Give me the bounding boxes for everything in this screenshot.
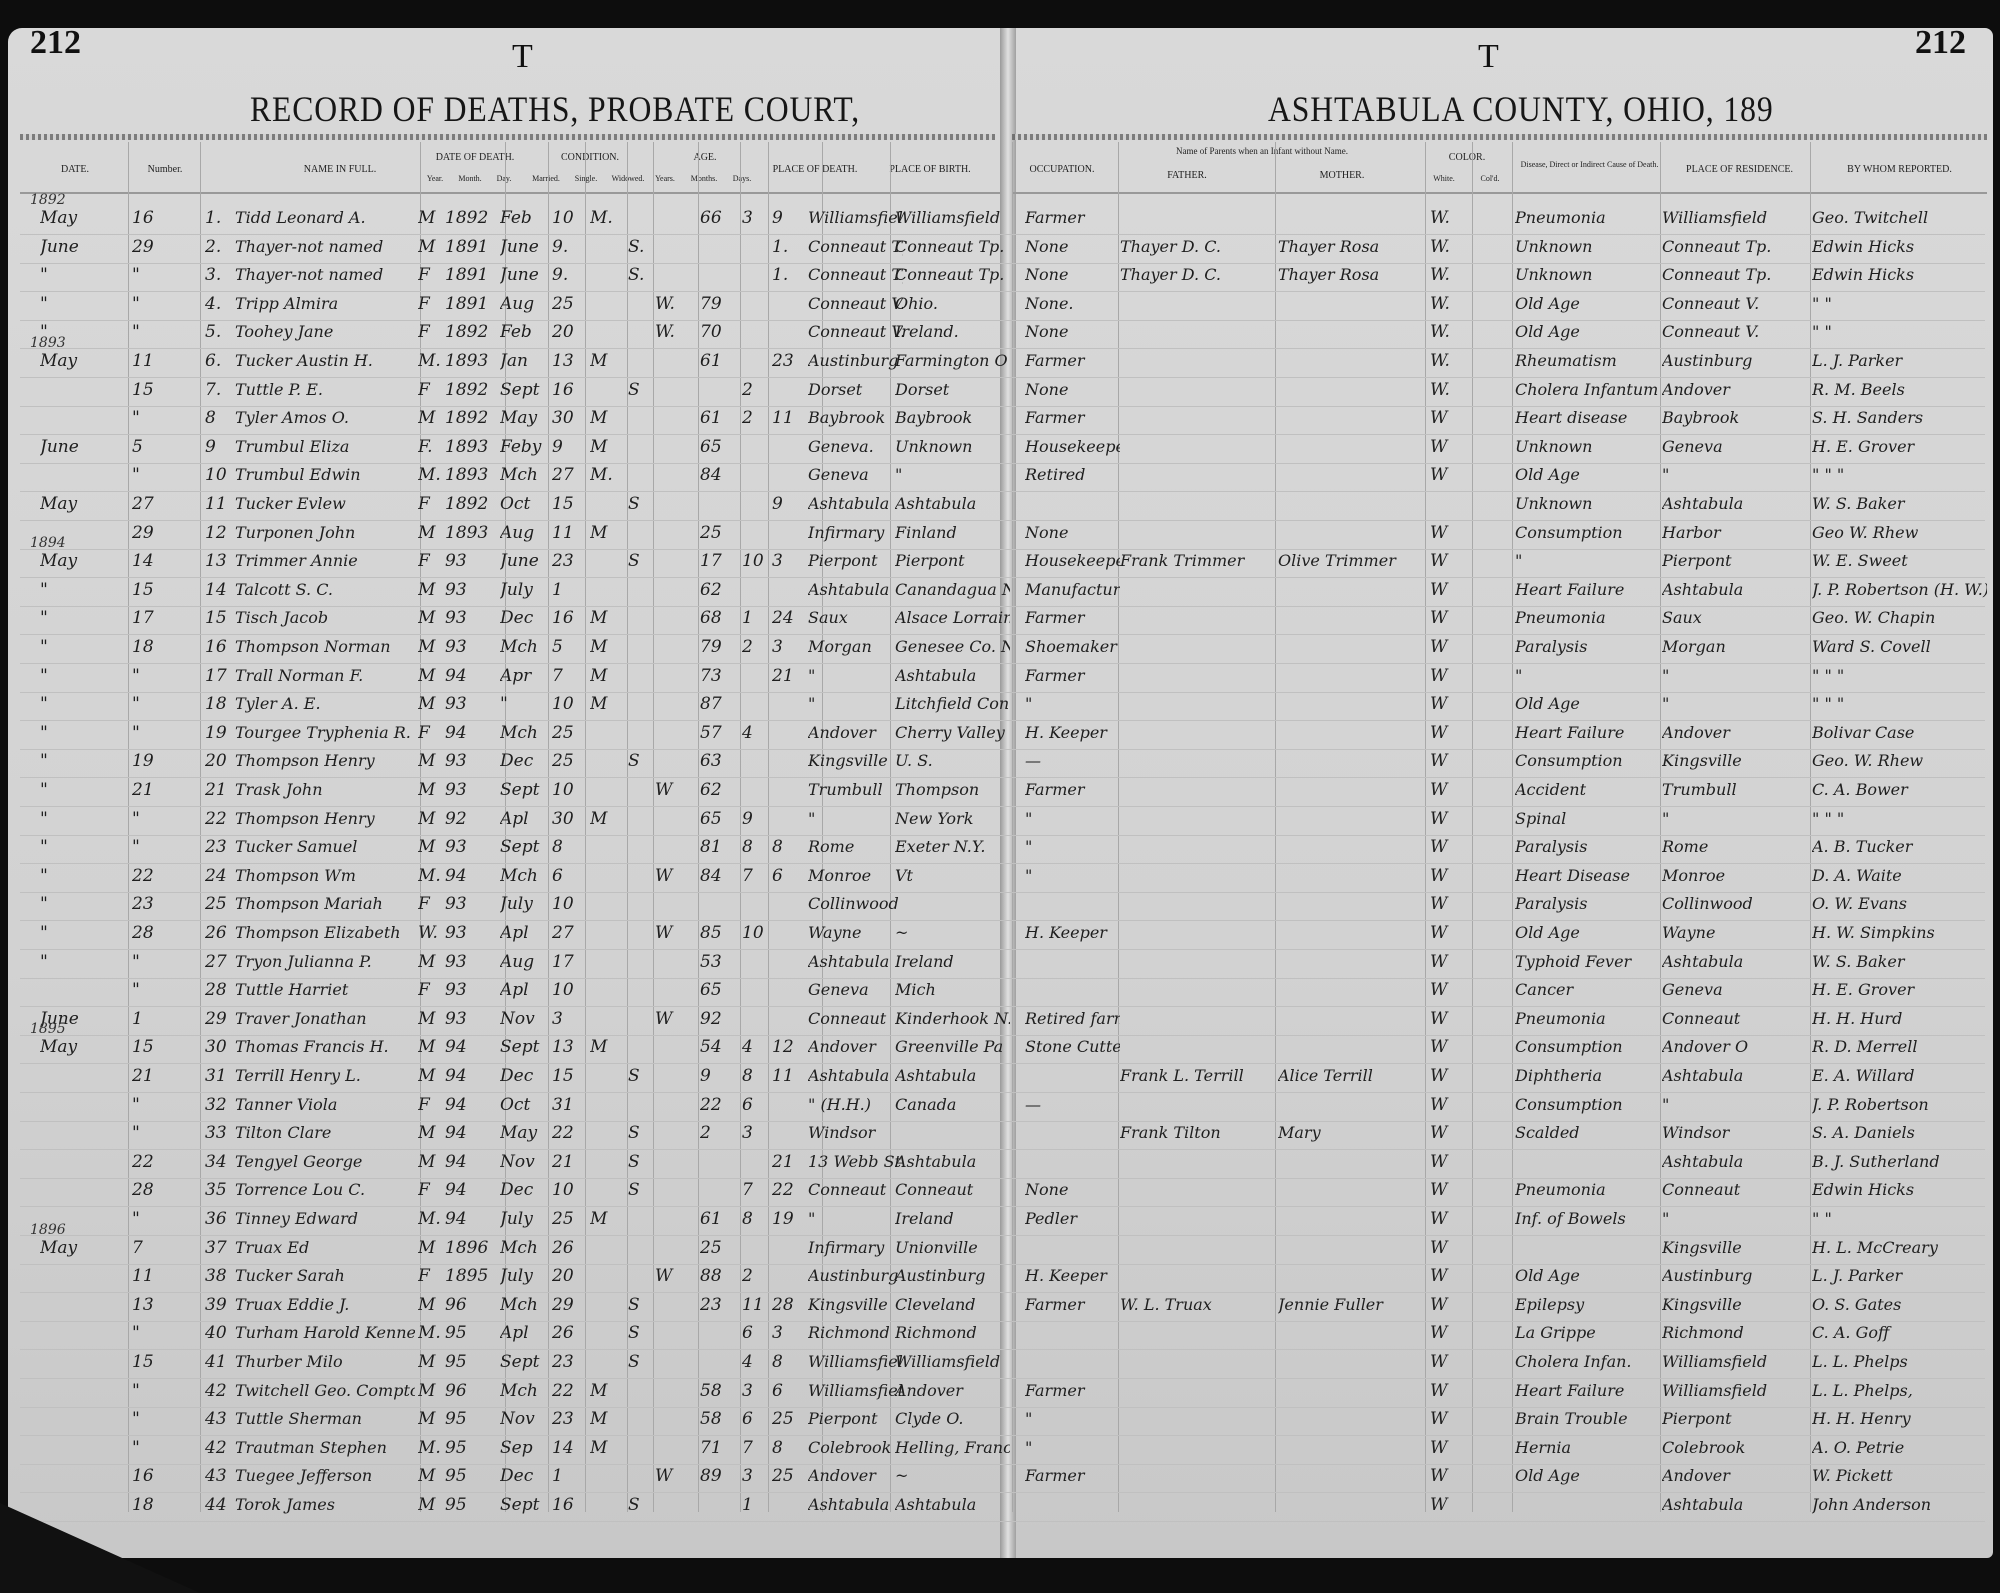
cell-death-place: Andover xyxy=(808,1466,903,1485)
cell-dday: 20 xyxy=(552,322,587,342)
cell-day: " xyxy=(132,465,182,485)
row-rule xyxy=(20,892,1985,893)
cell-age-m: 2 xyxy=(742,380,768,400)
row-rule xyxy=(20,463,1985,464)
cell-month: " xyxy=(40,866,110,886)
cell-day: " xyxy=(132,809,182,829)
row-rule xyxy=(20,1092,1985,1093)
row-rule xyxy=(20,1149,1985,1150)
cell-month: " xyxy=(40,894,110,914)
cell-birth-place: Dorset xyxy=(895,380,1010,399)
cell-month: May xyxy=(40,351,110,371)
cell-death-place: Ashtabula xyxy=(808,1495,903,1514)
cell-cause: Scalded xyxy=(1515,1123,1660,1142)
cell-year: 1891 xyxy=(445,265,505,285)
cell-occupation: Housekeeper xyxy=(1025,551,1120,570)
cell-sex: F xyxy=(418,1095,446,1115)
cell-reporter: L. J. Parker xyxy=(1812,351,1987,370)
cell-sex: M xyxy=(418,608,446,628)
cell-year: 93 xyxy=(445,637,505,657)
cell-day: " xyxy=(132,1123,182,1143)
cell-dmonth: July xyxy=(500,1266,550,1286)
cell-reporter: J. P. Robertson (H. W.) xyxy=(1812,580,1987,599)
cell-sex: M xyxy=(418,237,446,257)
table-row: ""19Tourgee Tryphenia R.F94Mch25574Andov… xyxy=(0,723,2000,751)
row-rule xyxy=(20,692,1985,693)
cell-name: Tucker Sarah xyxy=(235,1266,415,1285)
row-rule xyxy=(20,835,1985,836)
cell-white: W. xyxy=(1430,237,1470,257)
cell-cause: Paralysis xyxy=(1515,837,1660,856)
cell-white: W xyxy=(1430,1323,1470,1343)
row-rule xyxy=(20,749,1985,750)
cell-age-m: 6 xyxy=(742,1323,768,1343)
cell-age-y: 61 xyxy=(700,408,736,428)
cell-residence: Pierpont xyxy=(1662,1409,1807,1428)
cell-age-m: 4 xyxy=(742,1037,768,1057)
right-column-header: OCCUPATION. Name of Parents when an Infa… xyxy=(1012,142,1987,194)
cell-name: Talcott S. C. xyxy=(235,580,415,599)
right-page-title: ASHTABULA COUNTY, OHIO, 189 xyxy=(1268,88,1774,130)
cell-dmonth: Sept xyxy=(500,1037,550,1057)
cell-birth-place: Ashtabula xyxy=(895,1152,1010,1171)
cell-name: Thompson Mariah xyxy=(235,894,415,913)
cell-name: Thompson Wm xyxy=(235,866,415,885)
cell-name: Tyler A. E. xyxy=(235,694,415,713)
cell-cause: Unknown xyxy=(1515,494,1660,513)
cell-age-y: 89 xyxy=(700,1466,736,1486)
cell-birth-place: Ashtabula xyxy=(895,666,1010,685)
cell-death-place: Pierpont xyxy=(808,1409,903,1428)
cell-white: W xyxy=(1430,551,1470,571)
cell-year: 1892 xyxy=(445,408,505,428)
left-chain-rule xyxy=(20,134,995,140)
cell-death-place: Austinburg xyxy=(808,351,903,370)
cell-cause: Old Age xyxy=(1515,322,1660,341)
col-single: Single. xyxy=(568,174,604,183)
cell-name: Torok James xyxy=(235,1495,415,1514)
cell-dmonth: Feb xyxy=(500,208,550,228)
row-rule xyxy=(20,320,1985,321)
cell-occupation: Manufacturer xyxy=(1025,580,1120,599)
cell-year: 93 xyxy=(445,608,505,628)
cell-dday: 23 xyxy=(552,1409,587,1429)
cell-age-y: 23 xyxy=(700,1295,736,1315)
cell-year: 93 xyxy=(445,751,505,771)
cell-dday: 3 xyxy=(552,1009,587,1029)
cell-age-m: 4 xyxy=(742,723,768,743)
cell-age-m: 1 xyxy=(742,1495,768,1515)
cell-single: S. xyxy=(628,237,653,257)
cell-white: W xyxy=(1430,866,1470,886)
row-rule xyxy=(20,1407,1985,1408)
cell-sex: M xyxy=(418,580,446,600)
table-row: "43Tuttle ShermanM95Nov23M58625PierpontC… xyxy=(0,1409,2000,1437)
cell-sex: M xyxy=(418,780,446,800)
cell-sex: F xyxy=(418,551,446,571)
cell-age-y: 65 xyxy=(700,980,736,1000)
cell-reporter: A. O. Petrie xyxy=(1812,1438,1987,1457)
row-rule xyxy=(20,920,1985,921)
right-index-letter: T xyxy=(1478,38,1499,76)
cell-cause: Heart Failure xyxy=(1515,1381,1660,1400)
table-row: ""27Tryon Julianna P.M93Aug1753Ashtabula… xyxy=(0,952,2000,980)
col-date-of-death: DATE OF DEATH. xyxy=(420,152,530,163)
cell-death-place: Dorset xyxy=(808,380,903,399)
cell-occupation: None xyxy=(1025,322,1120,341)
cell-death-place: Ashtabula xyxy=(808,580,903,599)
cell-death-place: " xyxy=(808,666,903,685)
cell-reporter: Ward S. Covell xyxy=(1812,637,1987,656)
row-rule xyxy=(20,1321,1985,1322)
cell-cause: Old Age xyxy=(1515,694,1660,713)
table-row: 2835Torrence Lou C.F94Dec10S722ConneautC… xyxy=(0,1180,2000,1208)
cell-dday: 6 xyxy=(552,866,587,886)
cell-residence: Andover xyxy=(1662,723,1807,742)
cell-residence: " xyxy=(1662,465,1807,484)
cell-occupation: Farmer xyxy=(1025,1295,1120,1314)
cell-year: 1893 xyxy=(445,437,505,457)
cell-dmonth: Nov xyxy=(500,1409,550,1429)
cell-year: 93 xyxy=(445,980,505,1000)
cell-birth-place: Cleveland xyxy=(895,1295,1010,1314)
cell-white: W xyxy=(1430,1495,1470,1515)
cell-sex: F xyxy=(418,380,446,400)
cell-name: Truax Ed xyxy=(235,1238,415,1257)
cell-birth-place: Ireland xyxy=(895,952,1010,971)
col-name: NAME IN FULL. xyxy=(250,164,430,175)
cell-death-place: Williamsfield xyxy=(808,1352,903,1371)
cell-dday: 30 xyxy=(552,809,587,829)
cell-reporter: " " " xyxy=(1812,809,1987,828)
cell-sex: M xyxy=(418,1409,446,1429)
row-rule xyxy=(20,263,1985,264)
cell-age-m: 7 xyxy=(742,866,768,886)
cell-dday: 21 xyxy=(552,1152,587,1172)
cell-mother: Olive Trimmer xyxy=(1278,551,1428,570)
cell-month: " xyxy=(40,723,110,743)
col-color: COLOR. xyxy=(1422,152,1512,163)
cell-dmonth: Sept xyxy=(500,1352,550,1372)
cell-name: Torrence Lou C. xyxy=(235,1180,415,1199)
cell-white: W xyxy=(1430,523,1470,543)
cell-residence: Kingsville xyxy=(1662,1238,1807,1257)
cell-sex: F xyxy=(418,494,446,514)
left-page-number: 212 xyxy=(30,24,81,62)
left-page-title: RECORD OF DEATHS, PROBATE COURT, xyxy=(250,88,860,130)
cell-birth-place: Unionville xyxy=(895,1238,1010,1257)
cell-dmonth: Mch xyxy=(500,637,550,657)
cell-white: W xyxy=(1430,1238,1470,1258)
left-index-letter: T xyxy=(512,38,533,76)
cell-residence: Kingsville xyxy=(1662,751,1807,770)
cell-residence: Williamsfield xyxy=(1662,208,1807,227)
cell-age-m: 10 xyxy=(742,923,768,943)
cell-death-place: Williamsfield xyxy=(808,208,903,227)
cell-occupation: Farmer xyxy=(1025,208,1120,227)
row-rule xyxy=(20,577,1985,578)
cell-occupation: None xyxy=(1025,1180,1120,1199)
cell-dmonth: Dec xyxy=(500,751,550,771)
cell-age-m: 10 xyxy=(742,551,768,571)
row-rule xyxy=(20,720,1985,721)
cell-reporter: O. W. Evans xyxy=(1812,894,1987,913)
cell-occupation: H. Keeper xyxy=(1025,723,1120,742)
cell-name: Tucker Austin H. xyxy=(235,351,415,370)
cell-cause: Old Age xyxy=(1515,1466,1660,1485)
cell-cause: Consumption xyxy=(1515,523,1660,542)
cell-cause: Heart Disease xyxy=(1515,866,1660,885)
row-rule xyxy=(20,863,1985,864)
col-mother: MOTHER. xyxy=(1267,170,1417,181)
cell-age-y: 57 xyxy=(700,723,736,743)
cell-reporter: " " xyxy=(1812,294,1987,313)
cell-month: " xyxy=(40,809,110,829)
cell-dmonth: June xyxy=(500,237,550,257)
cell-year: 94 xyxy=(445,723,505,743)
cell-dmonth: Mch xyxy=(500,1381,550,1401)
cell-year: 95 xyxy=(445,1438,505,1458)
cell-single: S xyxy=(628,1495,653,1515)
row-rule xyxy=(20,606,1985,607)
cell-residence: Ashtabula xyxy=(1662,580,1807,599)
cell-death-place: Andover xyxy=(808,1037,903,1056)
cell-dmonth: Nov xyxy=(500,1009,550,1029)
cell-white: W. xyxy=(1430,265,1470,285)
cell-occupation: Farmer xyxy=(1025,408,1120,427)
row-rule xyxy=(20,520,1985,521)
cell-dmonth: Apl xyxy=(500,923,550,943)
cell-day: 15 xyxy=(132,580,182,600)
cell-single: S xyxy=(628,494,653,514)
cell-day: " xyxy=(132,666,182,686)
row-rule xyxy=(20,1235,1985,1236)
cell-father: Thayer D. C. xyxy=(1120,265,1270,284)
cell-age-y: 54 xyxy=(700,1037,736,1057)
col-year: Year. xyxy=(420,174,450,183)
cell-day: " xyxy=(132,1323,182,1343)
cell-month: " xyxy=(40,694,110,714)
cell-death-place: Trumbull xyxy=(808,780,903,799)
cell-age-y: 88 xyxy=(700,1266,736,1286)
cell-dday: 25 xyxy=(552,1209,587,1229)
cell-reporter: H. E. Grover xyxy=(1812,437,1987,456)
row-rule xyxy=(20,806,1985,807)
cell-age-y: 87 xyxy=(700,694,736,714)
page-corner-shadow xyxy=(0,1503,200,1593)
cell-name: Trautman Stephen xyxy=(235,1438,415,1457)
cell-residence: " xyxy=(1662,694,1807,713)
cell-dmonth: May xyxy=(500,408,550,428)
cell-dmonth: Feb xyxy=(500,322,550,342)
cell-age-m: 1 xyxy=(742,608,768,628)
cell-death-place: Kingsville xyxy=(808,751,903,770)
cell-dday: 22 xyxy=(552,1123,587,1143)
cell-birth-place: Farmington O xyxy=(895,351,1010,370)
cell-residence: Windsor xyxy=(1662,1123,1807,1142)
cell-death-place: Kingsville xyxy=(808,1295,903,1314)
left-column-header: DATE. Number. NAME IN FULL. DATE OF DEAT… xyxy=(20,142,1000,194)
cell-name: Trumbul Edwin xyxy=(235,465,415,484)
cell-cause: Old Age xyxy=(1515,294,1660,313)
row-rule xyxy=(20,1492,1985,1493)
cell-dmonth: May xyxy=(500,1123,550,1143)
cell-cause: Unknown xyxy=(1515,437,1660,456)
cell-name: Tyler Amos O. xyxy=(235,408,415,427)
row-rule xyxy=(20,1063,1985,1064)
cell-residence: Ashtabula xyxy=(1662,1066,1807,1085)
table-row: "32Tanner ViolaF94Oct31226" (H.H.)Canada… xyxy=(0,1095,2000,1123)
cell-mother: Jennie Fuller xyxy=(1278,1295,1428,1314)
cell-year: 94 xyxy=(445,1209,505,1229)
cell-cause: Inf. of Bowels xyxy=(1515,1209,1660,1228)
cell-name: Truax Eddie J. xyxy=(235,1295,415,1314)
cell-widowed: W xyxy=(655,1009,695,1029)
cell-sex: M xyxy=(418,1009,446,1029)
row-rule xyxy=(20,1521,1985,1522)
cell-day: 15 xyxy=(132,1037,182,1057)
cell-month: " xyxy=(40,608,110,628)
cell-sex: M. xyxy=(418,866,446,886)
cell-cause: Consumption xyxy=(1515,751,1660,770)
cell-dday: 23 xyxy=(552,1352,587,1372)
cell-day: " xyxy=(132,408,182,428)
cell-death-place: Austinburg xyxy=(808,1266,903,1285)
table-row: May161.Tidd Leonard A.M1892Feb10M.6639Wi… xyxy=(0,208,2000,236)
cell-single: S xyxy=(628,551,653,571)
cell-reporter: " " xyxy=(1812,1209,1987,1228)
cell-birth-place: Canada xyxy=(895,1095,1010,1114)
cell-age-y: 79 xyxy=(700,294,736,314)
cell-dday: 9. xyxy=(552,265,587,285)
cell-year: 94 xyxy=(445,1095,505,1115)
cell-married: M xyxy=(590,809,625,829)
cell-dmonth: Sep xyxy=(500,1438,550,1458)
cell-single: S. xyxy=(628,265,653,285)
cell-reporter: H. H. Henry xyxy=(1812,1409,1987,1428)
cell-name: Tourgee Tryphenia R. xyxy=(235,723,415,742)
cell-death-place: Colebrook xyxy=(808,1438,903,1457)
cell-residence: Harbor xyxy=(1662,523,1807,542)
cell-dday: 1 xyxy=(552,580,587,600)
cell-day: " xyxy=(132,723,182,743)
cell-white: W xyxy=(1430,1180,1470,1200)
cell-sex: F xyxy=(418,980,446,1000)
cell-dday: 11 xyxy=(552,523,587,543)
cell-birth-place: Baybrook xyxy=(895,408,1010,427)
table-row: "33Tilton ClareM94May22S23WindsorFrank T… xyxy=(0,1123,2000,1151)
cell-month: May xyxy=(40,208,110,228)
cell-white: W xyxy=(1430,1066,1470,1086)
cell-occupation: Farmer xyxy=(1025,351,1120,370)
cell-reporter: John Anderson xyxy=(1812,1495,1987,1514)
table-row: 2912Turponen JohnM1893Aug11M25InfirmaryF… xyxy=(0,523,2000,551)
cell-year: 93 xyxy=(445,894,505,914)
row-rule xyxy=(20,1121,1985,1122)
cell-sex: M. xyxy=(418,1438,446,1458)
cell-occupation: Farmer xyxy=(1025,666,1120,685)
cell-reporter: H. H. Hurd xyxy=(1812,1009,1987,1028)
cell-year: 95 xyxy=(445,1409,505,1429)
cell-death-place: Rome xyxy=(808,837,903,856)
cell-reporter: " " " xyxy=(1812,694,1987,713)
table-row: June292.Thayer-not namedM1891June9.S.1.C… xyxy=(0,237,2000,265)
cell-month: May xyxy=(40,494,110,514)
cell-age-m: 8 xyxy=(742,837,768,857)
cell-name: Thompson Henry xyxy=(235,809,415,828)
cell-reporter: W. Pickett xyxy=(1812,1466,1987,1485)
cell-residence: Saux xyxy=(1662,608,1807,627)
cell-single: S xyxy=(628,1352,653,1372)
table-row: "42Twitchell Geo. ComptonM96Mch22M5836Wi… xyxy=(0,1381,2000,1409)
cell-cause: Diphtheria xyxy=(1515,1066,1660,1085)
cell-married: M xyxy=(590,1037,625,1057)
row-rule xyxy=(20,634,1985,635)
cell-dmonth: Mch xyxy=(500,1295,550,1315)
cell-occupation: Retired xyxy=(1025,465,1120,484)
cell-sex: M xyxy=(418,751,446,771)
table-row: 2131Terrill Henry L.M94Dec15S9811Ashtabu… xyxy=(0,1066,2000,1094)
cell-dday: 10 xyxy=(552,780,587,800)
table-row: June59Trumbul ElizaF.1893Feby9M65Geneva.… xyxy=(0,437,2000,465)
cell-sex: M xyxy=(418,666,446,686)
cell-residence: Monroe xyxy=(1662,866,1807,885)
col-married: Married. xyxy=(528,174,564,183)
cell-name: Thompson Norman xyxy=(235,637,415,656)
cell-birth-place: Williamsfield xyxy=(895,208,1010,227)
cell-cause: Accident xyxy=(1515,780,1660,799)
col-number: Number. xyxy=(130,164,200,175)
cell-white: W. xyxy=(1430,294,1470,314)
cell-white: W xyxy=(1430,1209,1470,1229)
cell-married: M xyxy=(590,666,625,686)
cell-sex: M. xyxy=(418,1323,446,1343)
cell-cause: Old Age xyxy=(1515,923,1660,942)
cell-age-m: 11 xyxy=(742,1295,768,1315)
cell-reporter: C. A. Bower xyxy=(1812,780,1987,799)
cell-year: 96 xyxy=(445,1381,505,1401)
cell-cause: Heart Failure xyxy=(1515,723,1660,742)
cell-age-y: 85 xyxy=(700,923,736,943)
cell-death-place: Conneaut V. xyxy=(808,322,903,341)
cell-cause: Unknown xyxy=(1515,237,1660,256)
row-rule xyxy=(20,1178,1985,1179)
cell-sex: M xyxy=(418,952,446,972)
cell-sex: M xyxy=(418,1238,446,1258)
cell-dmonth: July xyxy=(500,1209,550,1229)
cell-cause: Pneumonia xyxy=(1515,1009,1660,1028)
cell-name: Turham Harold Kenneth xyxy=(235,1323,415,1342)
cell-death-place: Geneva. xyxy=(808,437,903,456)
cell-day: 16 xyxy=(132,1466,182,1486)
cell-dday: 17 xyxy=(552,952,587,972)
cell-age-y: 84 xyxy=(700,866,736,886)
cell-day: 7 xyxy=(132,1238,182,1258)
cell-year: 95 xyxy=(445,1323,505,1343)
cell-residence: Morgan xyxy=(1662,637,1807,656)
cell-single: S xyxy=(628,1066,653,1086)
cell-white: W xyxy=(1430,1037,1470,1057)
row-rule xyxy=(20,949,1985,950)
cell-reporter: Bolivar Case xyxy=(1812,723,1987,742)
table-row: "2224Thompson WmM.94Mch6W8476MonroeVt"WH… xyxy=(0,866,2000,894)
cell-occupation: — xyxy=(1025,1095,1120,1114)
cell-death-place: Windsor xyxy=(808,1123,903,1142)
cell-mother: Thayer Rosa xyxy=(1278,237,1428,256)
cell-mother: Alice Terrill xyxy=(1278,1066,1428,1085)
cell-residence: Trumbull xyxy=(1662,780,1807,799)
cell-residence: Baybrook xyxy=(1662,408,1807,427)
